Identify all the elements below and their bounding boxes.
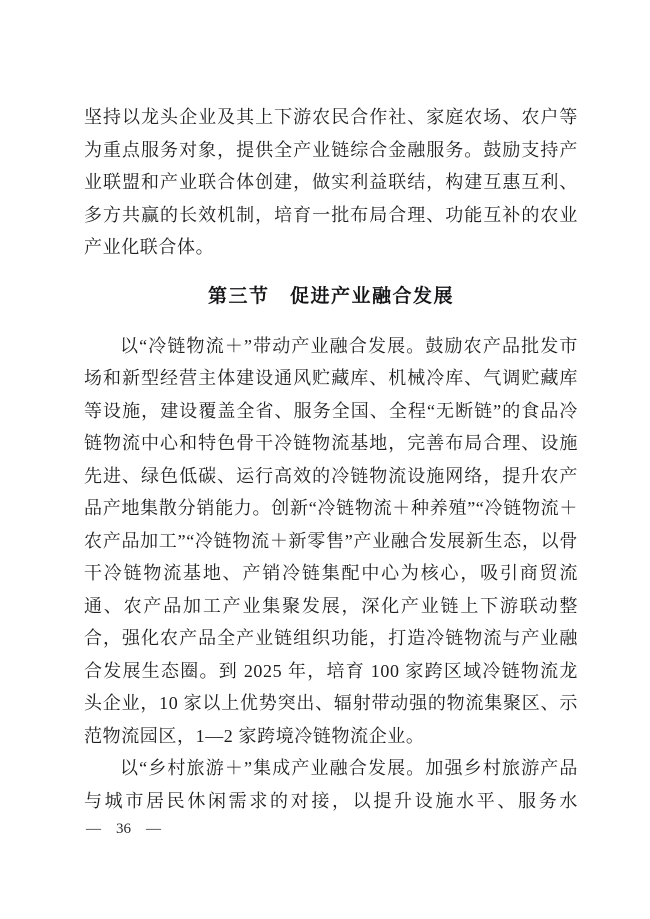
page-number: 36 xyxy=(116,818,131,840)
page-footer: —36— xyxy=(86,818,161,840)
section-heading: 第三节 促进产业融合发展 xyxy=(84,280,578,314)
footer-dash-right: — xyxy=(146,821,161,837)
document-page: 坚持以龙头企业及其上下游农民合作社、家庭农场、农户等为重点服务对象，提供全产业链… xyxy=(0,0,650,919)
paragraph-cold-chain-logistics: 以“冷链物流＋”带动产业融合发展。鼓励农产品批发市场和新型经营主体建设通风贮藏库… xyxy=(84,330,578,753)
paragraph-rural-tourism: 以“乡村旅游＋”集成产业融合发展。加强乡村旅游产品与城市居民休闲需求的对接，以提… xyxy=(84,752,578,817)
footer-dash-left: — xyxy=(86,821,101,837)
paragraph-financial-services-continuation: 坚持以龙头企业及其上下游农民合作社、家庭农场、农户等为重点服务对象，提供全产业链… xyxy=(84,101,578,264)
page-content: 坚持以龙头企业及其上下游农民合作社、家庭农场、农户等为重点服务对象，提供全产业链… xyxy=(84,101,578,817)
